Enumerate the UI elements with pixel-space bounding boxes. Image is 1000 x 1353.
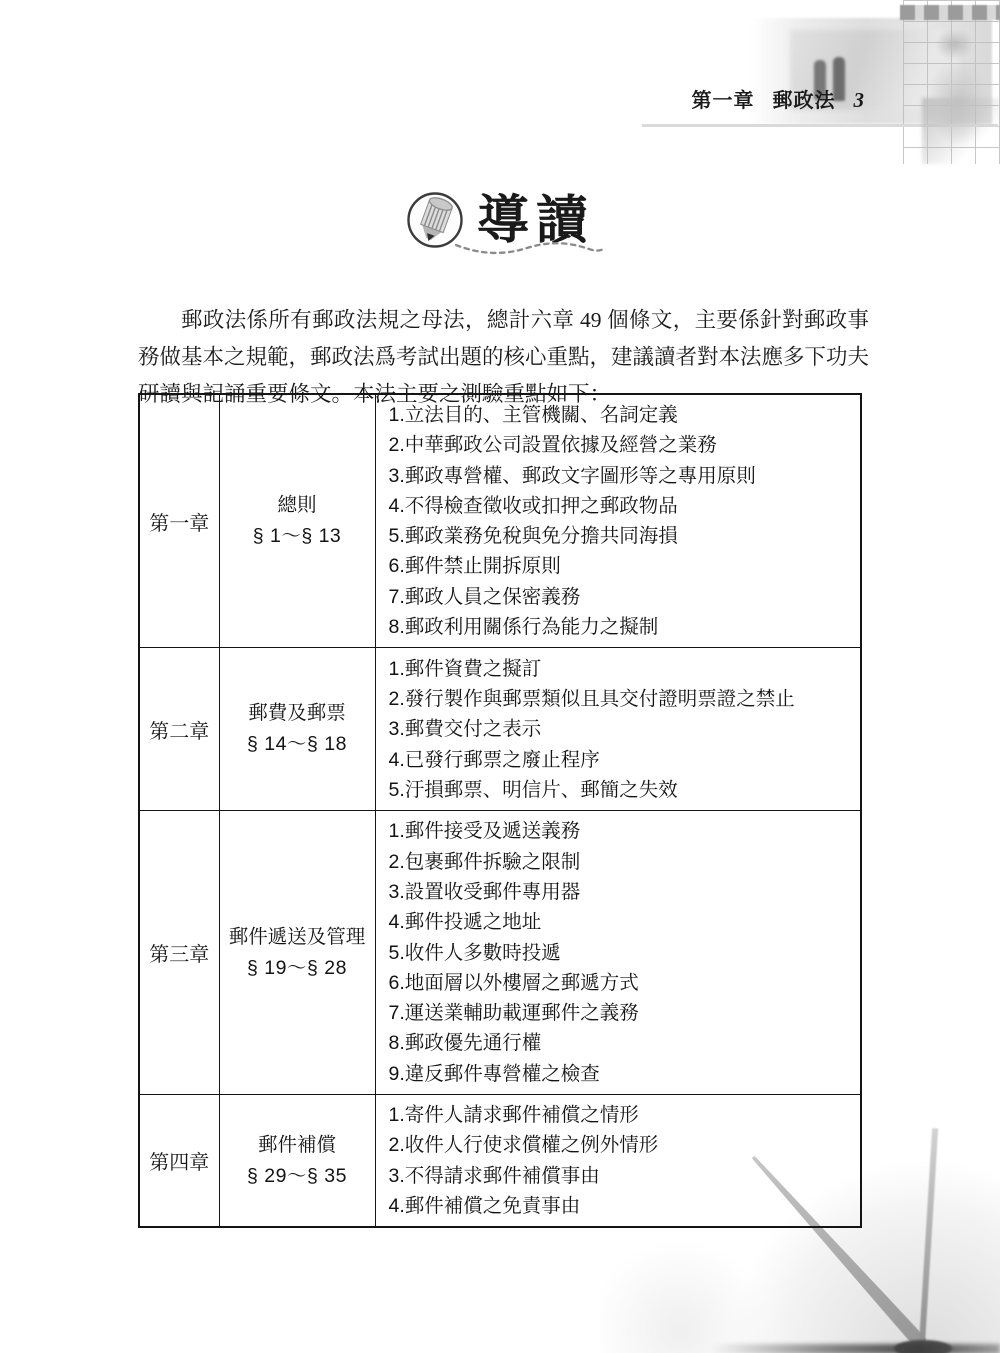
collage-top-blocks	[900, 5, 1000, 20]
chapter-sections: § 19～§ 28	[221, 953, 374, 984]
collage-grid-lines	[903, 0, 1000, 164]
clock-minute-hand	[919, 1128, 938, 1344]
focus-item: 7.運送業輔助載運郵件之義務	[389, 998, 855, 1028]
chapter-cell: 第三章	[139, 811, 219, 1095]
focus-item: 6.郵件禁止開拆原則	[389, 551, 855, 581]
focus-item: 8.郵政利用關係行為能力之擬制	[389, 612, 855, 642]
clock-shadow	[710, 1344, 1000, 1353]
book-page: { "header": { "chapter": "第一章", "title":…	[0, 0, 1000, 1353]
focus-item: 3.設置收受郵件專用器	[389, 877, 855, 907]
page-number: 3	[854, 88, 866, 112]
chapter-cell: 第一章	[139, 394, 219, 648]
focus-item: 1.郵件接受及遞送義務	[389, 816, 855, 846]
items-cell: 1.郵件資費之擬訂 2.發行製作與郵票類似且具交付證明票證之禁止 3.郵費交付之…	[375, 648, 861, 811]
focus-item: 2.發行製作與郵票類似且具交付證明票證之禁止	[389, 684, 855, 714]
focus-item: 2.收件人行使求償權之例外情形	[389, 1130, 855, 1160]
chapter-sections: § 29～§ 35	[221, 1161, 374, 1192]
focus-item: 4.郵件投遞之地址	[389, 907, 855, 937]
lead-section-header: 導讀	[405, 186, 665, 266]
table-row: 第三章 郵件遞送及管理 § 19～§ 28 1.郵件接受及遞送義務 2.包裹郵件…	[139, 811, 861, 1095]
exam-focus-table: 第一章 總則 § 1～§ 13 1.立法目的、主管機關、名詞定義 2.中華郵政公…	[138, 393, 862, 1228]
collage-divider-line	[642, 124, 998, 127]
running-head-chapter: 第一章	[692, 90, 755, 112]
chapter-title-cell: 總則 § 1～§ 13	[219, 394, 375, 648]
chapter-cell: 第四章	[139, 1095, 219, 1228]
focus-item: 6.地面層以外樓層之郵遞方式	[389, 968, 855, 998]
items-cell: 1.立法目的、主管機關、名詞定義 2.中華郵政公司設置依據及經營之業務 3.郵政…	[375, 394, 861, 648]
focus-item: 3.不得請求郵件補償事由	[389, 1161, 855, 1191]
focus-item: 2.中華郵政公司設置依據及經營之業務	[389, 430, 855, 460]
chapter-cell: 第二章	[139, 648, 219, 811]
chapter-title: 郵費及郵票	[221, 698, 374, 729]
focus-item: 3.郵費交付之表示	[389, 714, 855, 744]
chapter-title: 郵件遞送及管理	[221, 922, 374, 953]
chapter-title-cell: 郵件遞送及管理 § 19～§ 28	[219, 811, 375, 1095]
table-row: 第四章 郵件補償 § 29～§ 35 1.寄件人請求郵件補償之情形 2.收件人行…	[139, 1095, 861, 1228]
focus-item: 5.收件人多數時投遞	[389, 938, 855, 968]
focus-item: 5.郵政業務免稅與免分擔共同海損	[389, 521, 855, 551]
items-cell: 1.寄件人請求郵件補償之情形 2.收件人行使求償權之例外情形 3.不得請求郵件補…	[375, 1095, 861, 1228]
focus-item: 2.包裹郵件拆驗之限制	[389, 847, 855, 877]
focus-item: 8.郵政優先通行權	[389, 1028, 855, 1058]
focus-item: 9.違反郵件專營權之檢查	[389, 1059, 855, 1089]
chapter-title: 總則	[221, 490, 374, 521]
hands-photo-blur	[922, 98, 1000, 164]
wavy-underline	[453, 236, 608, 262]
running-head: 第一章郵政法3	[692, 84, 866, 113]
chapter-sections: § 14～§ 18	[221, 729, 374, 760]
clock-hub	[894, 1340, 952, 1353]
chapter-title-cell: 郵費及郵票 § 14～§ 18	[219, 648, 375, 811]
focus-item: 1.寄件人請求郵件補償之情形	[389, 1100, 855, 1130]
focus-item: 4.郵件補償之免責事由	[389, 1191, 855, 1221]
running-head-title: 郵政法	[773, 90, 836, 112]
focus-item: 4.不得檢查徵收或扣押之郵政物品	[389, 491, 855, 521]
chapter-sections: § 1～§ 13	[221, 521, 374, 552]
focus-item: 1.郵件資費之擬訂	[389, 654, 855, 684]
focus-item: 1.立法目的、主管機關、名詞定義	[389, 400, 855, 430]
table-row: 第二章 郵費及郵票 § 14～§ 18 1.郵件資費之擬訂 2.發行製作與郵票類…	[139, 648, 861, 811]
chapter-title: 郵件補償	[221, 1130, 374, 1161]
student-photo-blur	[912, 22, 1000, 144]
chapter-title-cell: 郵件補償 § 29～§ 35	[219, 1095, 375, 1228]
focus-item: 4.已發行郵票之廢止程序	[389, 745, 855, 775]
focus-item: 7.郵政人員之保密義務	[389, 582, 855, 612]
focus-item: 5.汙損郵票、明信片、郵簡之失效	[389, 775, 855, 805]
focus-item: 3.郵政專營權、郵政文字圖形等之專用原則	[389, 461, 855, 491]
items-cell: 1.郵件接受及遞送義務 2.包裹郵件拆驗之限制 3.設置收受郵件專用器 4.郵件…	[375, 811, 861, 1095]
table-row: 第一章 總則 § 1～§ 13 1.立法目的、主管機關、名詞定義 2.中華郵政公…	[139, 394, 861, 648]
